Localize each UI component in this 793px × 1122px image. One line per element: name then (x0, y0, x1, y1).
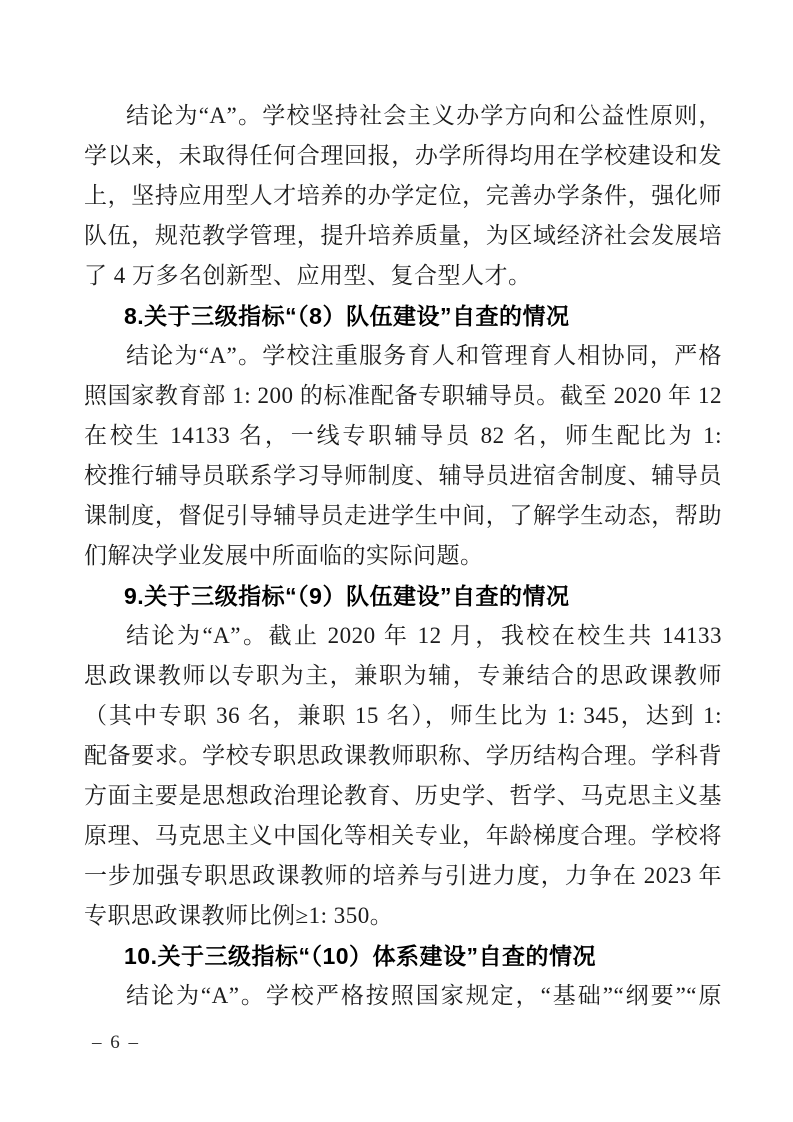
paragraph-line: 结论为“A”。学校注重服务育人和管理育人相协同，严格按 (84, 336, 722, 376)
paragraph-line: 专职思政课教师比例≥1: 350。 (84, 896, 722, 936)
paragraph-line: 照国家教育部 1: 200 的标准配备专职辅导员。截至 2020 年 12 月， (84, 376, 722, 416)
paragraph-line: 配备要求。学校专职思政课教师职称、学历结构合理。学科背景 (84, 736, 722, 776)
paragraph-line: 们解决学业发展中所面临的实际问题。 (84, 536, 722, 576)
paragraph-line: 结论为“A”。学校严格按照国家规定，“基础”“纲要”“原理” (84, 976, 722, 1016)
paragraph-line: 课制度，督促引导辅导员走进学生中间，了解学生动态，帮助他 (84, 496, 722, 536)
page-text-block: 结论为“A”。学校坚持社会主义办学方向和公益性原则，办 学以来，未取得任何合理回… (84, 96, 722, 1016)
paragraph-line: 方面主要是思想政治理论教育、历史学、哲学、马克思主义基本 (84, 776, 722, 816)
page-number: – 6 – (92, 1028, 140, 1058)
paragraph-line: 一步加强专职思政课教师的培养与引进力度，力争在 2023 年前， (84, 856, 722, 896)
paragraph-line: 在校生 14133 名，一线专职辅导员 82 名，师生配比为 1: 172。学 (84, 416, 722, 456)
paragraph-line: （其中专职 36 名，兼职 15 名），师生比为 1: 345，达到 1: 35… (84, 696, 722, 736)
section-8-heading: 8.关于三级指标“（8）队伍建设”自查的情况 (84, 296, 722, 336)
paragraph-line: 队伍，规范教学管理，提升培养质量，为区域经济社会发展培养 (84, 216, 722, 256)
document-page: 结论为“A”。学校坚持社会主义办学方向和公益性原则，办 学以来，未取得任何合理回… (0, 0, 793, 1122)
paragraph-line: 学以来，未取得任何合理回报，办学所得均用在学校建设和发展 (84, 136, 722, 176)
section-10-heading: 10.关于三级指标“（10）体系建设”自查的情况 (84, 936, 722, 976)
paragraph-line: 了 4 万多名创新型、应用型、复合型人才。 (84, 256, 722, 296)
paragraph-line: 原理、马克思主义中国化等相关专业，年龄梯度合理。学校将进 (84, 816, 722, 856)
paragraph-line: 思政课教师以专职为主，兼职为辅，专兼结合的思政课教师 51 名 (84, 656, 722, 696)
paragraph-line: 校推行辅导员联系学习导师制度、辅导员进宿舍制度、辅导员听 (84, 456, 722, 496)
section-9-heading: 9.关于三级指标“（9）队伍建设”自查的情况 (84, 576, 722, 616)
paragraph-line: 结论为“A”。截止 2020 年 12 月，我校在校生共 14133 名， (84, 616, 722, 656)
paragraph-line: 结论为“A”。学校坚持社会主义办学方向和公益性原则，办 (84, 96, 722, 136)
paragraph-line: 上，坚持应用型人才培养的办学定位，完善办学条件，强化师资 (84, 176, 722, 216)
